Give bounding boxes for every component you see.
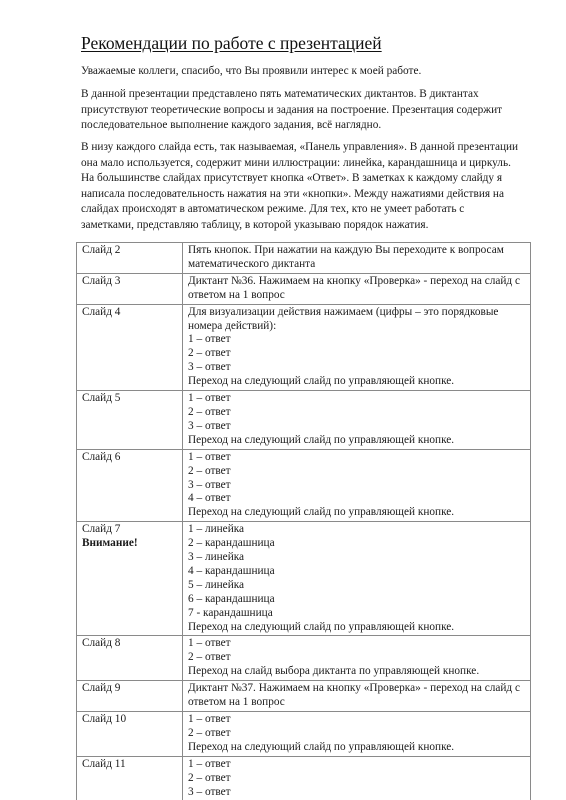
paragraph-line: присутствуют теоретические вопросы и зад… [81,103,531,119]
instruction-line: 2 – ответ [188,406,525,420]
table-row: Слайд 3Диктант №36. Нажимаем на кнопку «… [77,273,531,304]
instruction-line: Переход на следующий слайд по управляюще… [188,621,525,635]
paragraph-line: заметками, представляю таблицу, в которо… [81,218,531,234]
instruction-line: 3 – линейка [188,551,525,565]
instruction-cell: Для визуализации действия нажимаем (цифр… [183,304,531,390]
slide-cell: Слайд 11 [77,756,183,800]
instruction-line: 1 – ответ [188,392,525,406]
instruction-cell: 1 – ответ2 – ответПереход на следующий с… [183,712,531,757]
instruction-cell: 1 – линейка2 – карандашница3 – линейка4 … [183,522,531,636]
instruction-cell: Пять кнопок. При нажатии на каждую Вы пе… [183,243,531,274]
instruction-line: 1 – линейка [188,523,525,537]
instruction-line: Переход на следующий слайд по управляюще… [188,434,525,448]
table-row: Слайд 7Внимание!1 – линейка2 – карандашн… [77,522,531,636]
instruction-line: 3 – ответ [188,786,525,800]
instruction-line: номера действий): [188,320,525,334]
instruction-line: 3 – ответ [188,420,525,434]
instruction-line: ответом на 1 вопрос [188,696,525,710]
paragraph-line: написала последовательность нажатия на э… [81,187,531,203]
paragraph-line: она мало используется, содержит мини илл… [81,156,531,172]
click-order-table: Слайд 2Пять кнопок. При нажатии на кажду… [76,242,531,800]
instruction-line: 7 - карандашница [188,607,525,621]
paragraph-line: На большинстве слайдах присутствует кноп… [81,171,531,187]
control-panel-paragraph: В низу каждого слайда есть, так называем… [81,140,531,234]
instruction-cell: 1 – ответ2 – ответ3 – ответ [183,756,531,800]
slide-cell: Слайд 8 [77,636,183,681]
table-row: Слайд 51 – ответ2 – ответ3 – ответПерехо… [77,391,531,450]
table-row: Слайд 101 – ответ2 – ответПереход на сле… [77,712,531,757]
document-page: Рекомендации по работе с презентацией Ув… [0,0,566,800]
instruction-line: Пять кнопок. При нажатии на каждую Вы пе… [188,244,525,258]
table-row: Слайд 2Пять кнопок. При нажатии на кажду… [77,243,531,274]
instruction-line: Переход на следующий слайд по управляюще… [188,741,525,755]
instruction-line: 2 – ответ [188,465,525,479]
slide-label: Слайд 6 [82,451,120,463]
slide-cell: Слайд 10 [77,712,183,757]
slide-cell: Слайд 2 [77,243,183,274]
slide-label: Слайд 11 [82,758,126,770]
slide-cell: Слайд 7Внимание! [77,522,183,636]
instruction-line: 1 – ответ [188,451,525,465]
slide-label: Слайд 5 [82,392,120,404]
document-title: Рекомендации по работе с презентацией [81,33,382,54]
slide-label: Слайд 4 [82,306,120,318]
slide-label: Слайд 8 [82,637,120,649]
warning-note: Внимание! [82,537,177,551]
instruction-line: 2 – ответ [188,772,525,786]
paragraph-line: последовательное выполнение каждого зада… [81,118,531,134]
instruction-line: математического диктанта [188,258,525,272]
instruction-line: 5 – линейка [188,579,525,593]
slide-label: Слайд 2 [82,244,120,256]
table-row: Слайд 81 – ответ2 – ответПереход на слай… [77,636,531,681]
paragraph-line: В данной презентации представлено пять м… [81,87,531,103]
instruction-line: 3 – ответ [188,361,525,375]
instruction-line: 3 – ответ [188,479,525,493]
instruction-line: 2 – ответ [188,651,525,665]
instruction-line: 4 – ответ [188,492,525,506]
instruction-cell: Диктант №37. Нажимаем на кнопку «Проверк… [183,681,531,712]
instruction-line: 2 – карандашница [188,537,525,551]
instruction-line: 1 – ответ [188,713,525,727]
table-row: Слайд 9Диктант №37. Нажимаем на кнопку «… [77,681,531,712]
instruction-line: Переход на следующий слайд по управляюще… [188,375,525,389]
instruction-line: 1 – ответ [188,758,525,772]
slide-cell: Слайд 4 [77,304,183,390]
instruction-line: 1 – ответ [188,637,525,651]
table-row: Слайд 61 – ответ2 – ответ3 – ответ4 – от… [77,449,531,522]
slide-label: Слайд 3 [82,275,120,287]
slide-label: Слайд 9 [82,682,120,694]
instruction-line: Для визуализации действия нажимаем (цифр… [188,306,525,320]
instruction-line: Диктант №36. Нажимаем на кнопку «Проверк… [188,275,525,289]
slide-cell: Слайд 3 [77,273,183,304]
slide-cell: Слайд 5 [77,391,183,450]
slide-cell: Слайд 6 [77,449,183,522]
instruction-cell: 1 – ответ2 – ответ3 – ответ4 – ответПере… [183,449,531,522]
instruction-line: 4 – карандашница [188,565,525,579]
slide-label: Слайд 10 [82,713,126,725]
instruction-line: 1 – ответ [188,333,525,347]
paragraph-line: В низу каждого слайда есть, так называем… [81,140,531,156]
instruction-line: ответом на 1 вопрос [188,289,525,303]
instruction-line: Переход на слайд выбора диктанта по упра… [188,665,525,679]
instruction-line: Диктант №37. Нажимаем на кнопку «Проверк… [188,682,525,696]
instruction-cell: 1 – ответ2 – ответ3 – ответПереход на сл… [183,391,531,450]
instruction-cell: 1 – ответ2 – ответПереход на слайд выбор… [183,636,531,681]
intro-paragraph: В данной презентации представлено пять м… [81,87,531,134]
instruction-line: Переход на следующий слайд по управляюще… [188,506,525,520]
table-row: Слайд 4Для визуализации действия нажимае… [77,304,531,390]
paragraph-line: Уважаемые коллеги, спасибо, что Вы прояв… [81,64,531,80]
instruction-line: 6 – карандашница [188,593,525,607]
slide-label: Слайд 7 [82,523,120,535]
instruction-line: 2 – ответ [188,727,525,741]
table-row: Слайд 111 – ответ2 – ответ3 – ответ [77,756,531,800]
slide-cell: Слайд 9 [77,681,183,712]
instruction-line: 2 – ответ [188,347,525,361]
instruction-cell: Диктант №36. Нажимаем на кнопку «Проверк… [183,273,531,304]
greeting-paragraph: Уважаемые коллеги, спасибо, что Вы прояв… [81,64,531,80]
paragraph-line: слайдах происходят в автоматическом режи… [81,202,531,218]
